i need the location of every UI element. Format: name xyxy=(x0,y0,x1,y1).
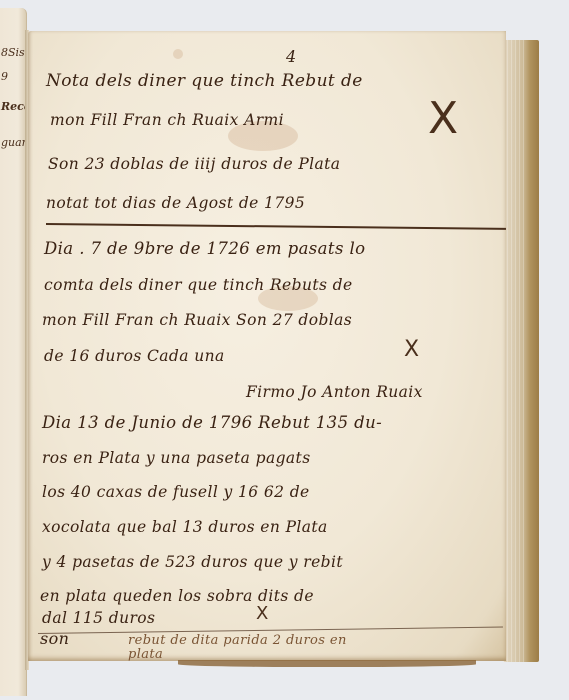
section-divider xyxy=(46,223,506,229)
entry-2-line-1: Dia . 7 de 9bre de 1726 em pasats lo xyxy=(44,239,365,258)
entry-1-line-2: mon Fill Fran ch Ruaix Armi xyxy=(50,111,284,129)
entry-4-line-2: plata xyxy=(128,647,163,662)
book-fore-edge xyxy=(503,40,539,662)
entry-2-line-3: mon Fill Fran ch Ruaix Son 27 doblas xyxy=(42,311,352,329)
ink-stain xyxy=(173,49,183,59)
facing-page-note: Recobs xyxy=(1,100,27,113)
entry-4-line-1: rebut de dita parida 2 duros en xyxy=(128,633,347,648)
entry-1-line-3: Son 23 doblas de iiij duros de Plata xyxy=(48,155,340,173)
entry-3-line-1: Dia 13 de Junio de 1796 Rebut 135 du- xyxy=(42,413,382,432)
entry-3-line-4: xocolata que bal 13 duros en Plata xyxy=(42,518,328,536)
entry-3-line-6: en plata queden los sobra dits de xyxy=(40,587,314,605)
entry-2-line-2: comta dels diner que tinch Rebuts de xyxy=(44,276,353,294)
entry-3-line-3: los 40 caxas de fusell y 16 62 de xyxy=(42,483,310,501)
facing-page: 8Sis 9 Recobs guard xyxy=(0,8,27,696)
facing-page-note: 8Sis xyxy=(1,46,25,59)
cross-mark: X xyxy=(256,603,268,624)
folio-number: 4 xyxy=(286,47,296,66)
entry-3-line-7: dal 115 duros xyxy=(42,609,155,627)
manuscript-photo: 8Sis 9 Recobs guard 4 Nota dels diner qu… xyxy=(0,0,569,700)
entry-2-line-4: de 16 duros Cada una xyxy=(44,347,225,365)
cross-mark: X xyxy=(428,93,458,144)
entry-1-line-1: Nota dels diner que tinch Rebut de xyxy=(46,71,363,91)
entry-3-line-5: y 4 pasetas de 523 duros que y rebit xyxy=(42,553,343,571)
entry-1-line-4: notat tot dias de Agost de 1795 xyxy=(46,194,305,212)
facing-page-note: guard xyxy=(1,136,27,149)
cross-mark: X xyxy=(404,337,419,362)
margin-note: son xyxy=(40,629,69,648)
ledger-page: 4 Nota dels diner que tinch Rebut de mon… xyxy=(28,31,506,661)
facing-page-note: 9 xyxy=(1,70,8,83)
signature: Firmo Jo Anton Ruaix xyxy=(246,383,423,401)
entry-3-line-2: ros en Plata y una paseta pagats xyxy=(42,449,311,467)
